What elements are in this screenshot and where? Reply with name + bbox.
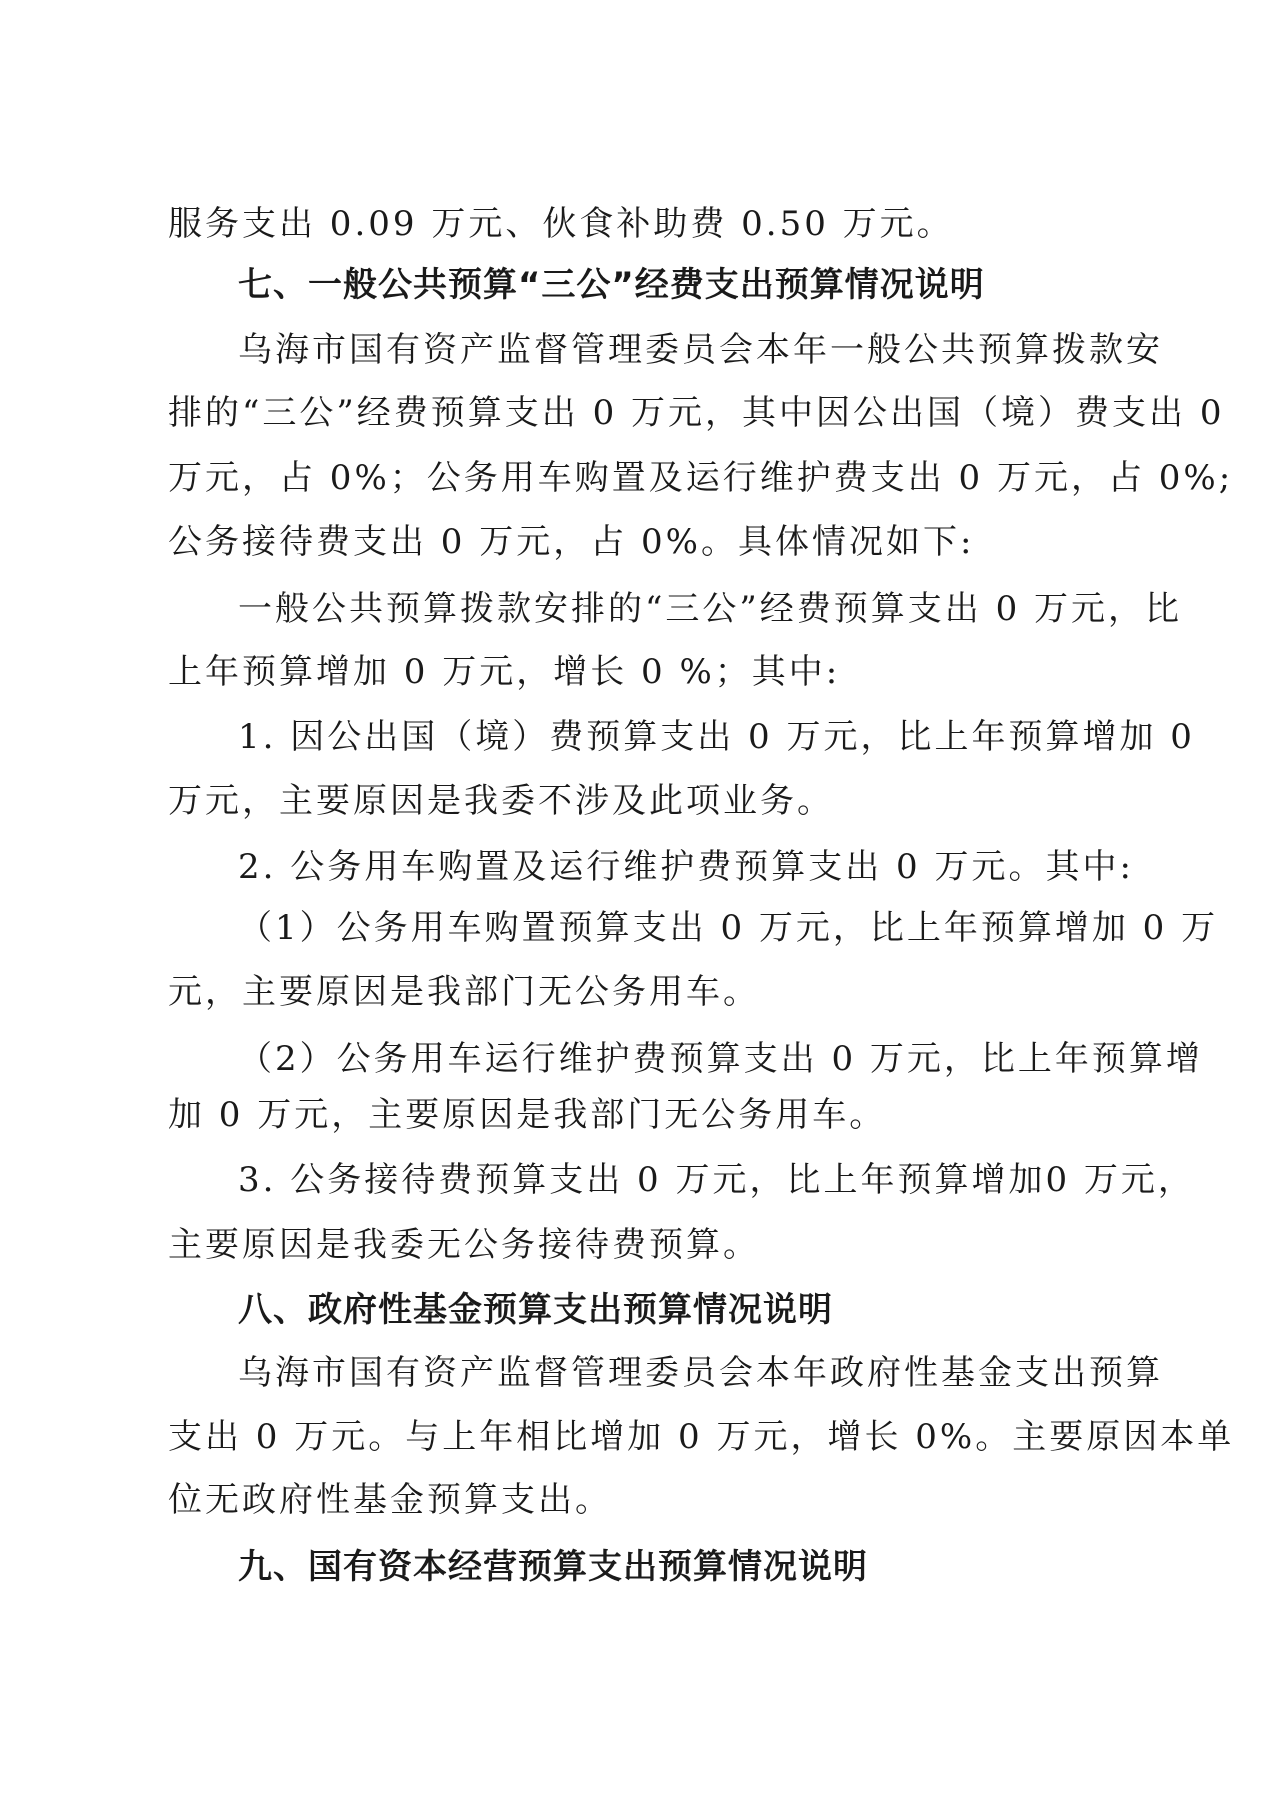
list-item: （1）公务用车购置预算支出 0 万元，比上年预算增加 0 万 bbox=[238, 906, 1120, 950]
paragraph-line: 公务接待费支出 0 万元，占 0%。具体情况如下: bbox=[168, 520, 1120, 564]
paragraph-line: 乌海市国有资产监督管理委员会本年一般公共预算拨款安 bbox=[238, 328, 1120, 372]
paragraph-line: 位无政府性基金预算支出。 bbox=[168, 1478, 1120, 1522]
list-item: 3. 公务接待费预算支出 0 万元，比上年预算增加0 万元， bbox=[238, 1158, 1120, 1202]
paragraph-line: 万元，占 0%；公务用车购置及运行维护费支出 0 万元，占 0%; bbox=[168, 456, 1120, 500]
paragraph-line: 元，主要原因是我部门无公务用车。 bbox=[168, 970, 1120, 1014]
paragraph-line: 上年预算增加 0 万元，增长 0 %；其中: bbox=[168, 650, 1120, 694]
paragraph-line: 支出 0 万元。与上年相比增加 0 万元，增长 0%。主要原因本单 bbox=[168, 1415, 1120, 1459]
list-item: （2）公务用车运行维护费预算支出 0 万元，比上年预算增 bbox=[238, 1037, 1120, 1081]
paragraph-line: 万元，主要原因是我委不涉及此项业务。 bbox=[168, 779, 1120, 823]
list-item: 2. 公务用车购置及运行维护费预算支出 0 万元。其中: bbox=[238, 845, 1120, 889]
list-item: 1. 因公出国（境）费预算支出 0 万元，比上年预算增加 0 bbox=[238, 715, 1120, 759]
section-heading: 九、国有资本经营预算支出预算情况说明 bbox=[238, 1545, 1120, 1589]
section-heading: 八、政府性基金预算支出预算情况说明 bbox=[238, 1288, 1120, 1332]
paragraph-line: 主要原因是我委无公务接待费预算。 bbox=[168, 1223, 1120, 1267]
paragraph-line: 服务支出 0.09 万元、伙食补助费 0.50 万元。 bbox=[168, 202, 1120, 246]
paragraph-line: 乌海市国有资产监督管理委员会本年政府性基金支出预算 bbox=[238, 1351, 1120, 1395]
paragraph-line: 加 0 万元，主要原因是我部门无公务用车。 bbox=[168, 1093, 1120, 1137]
paragraph-line: 排的“三公”经费预算支出 0 万元，其中因公出国（境）费支出 0 bbox=[168, 391, 1120, 435]
section-heading: 七、一般公共预算“三公”经费支出预算情况说明 bbox=[238, 263, 1120, 307]
paragraph-line: 一般公共预算拨款安排的“三公”经费预算支出 0 万元，比 bbox=[238, 587, 1120, 631]
